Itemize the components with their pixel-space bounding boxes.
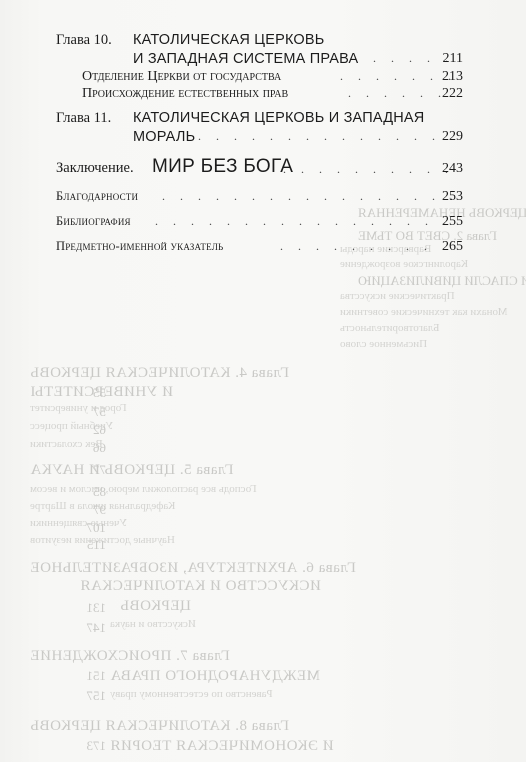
page-number: 253 xyxy=(442,189,463,205)
ghost-page: 115 xyxy=(87,537,106,553)
conclusion-prefix: Заключение. xyxy=(56,160,134,177)
ghost-page: 157 xyxy=(87,688,107,704)
page-number: 222 xyxy=(442,86,463,102)
ghost-line: Каролингское возрождение xyxy=(340,258,468,270)
entry-title: Предметно-именной указатель xyxy=(56,239,223,254)
ghost-line: И ЭКОНОМИЧЕСКАЯ ТЕОРИЯ xyxy=(110,738,334,755)
chapter-title: И ЗАПАДНАЯ СИСТЕМА ПРАВА xyxy=(133,51,358,67)
chapter-title: КАТОЛИЧЕСКАЯ ЦЕРКОВЬ И ЗАПАДНАЯ xyxy=(133,110,424,126)
ghost-page: 107 xyxy=(87,520,107,536)
ghost-line: Научные достижения иезуитов xyxy=(30,534,175,546)
ghost-page: 147 xyxy=(87,620,107,636)
chapter-title: МОРАЛЬ xyxy=(133,129,195,145)
ghost-line: Кафедральная школа в Шартре xyxy=(30,500,175,512)
ghost-page: 77 xyxy=(93,462,106,478)
ghost-line: Равенство по естественному праву xyxy=(110,688,273,700)
page-number: 255 xyxy=(442,214,463,230)
ghost-page: 55 xyxy=(93,385,106,401)
ghost-page: 131 xyxy=(87,600,107,616)
toc-entry-chapter-10[interactable]: Глава 10. КАТОЛИЧЕСКАЯ ЦЕРКОВЬ xyxy=(0,32,526,52)
entry-title: Библиография xyxy=(56,214,131,229)
book-page: Глава 1. ЦЕРКОВЬ НЕНАМЕРЕННАЯ Глава 2. С… xyxy=(0,0,526,762)
ghost-page: 62 xyxy=(93,422,106,438)
chapter-prefix: Глава 11. xyxy=(56,110,111,127)
leader-dots: . . . . . . . . . . . . . . . xyxy=(283,162,455,177)
leader-dots: . . . . . . . xyxy=(373,51,453,66)
leader-dots: . . . . . . . . . . . . . . . . . . . . … xyxy=(155,214,455,229)
section-title: Отделение Церкви от государства xyxy=(82,69,281,85)
ghost-line: Господь все расположил мерою, числом и в… xyxy=(30,483,257,495)
leader-dots: . . . . . . . . . . . . . . . . . . . . xyxy=(198,129,448,144)
entry-title: Благодарности xyxy=(56,189,138,204)
toc-entry-conclusion[interactable]: Заключение. МИР БЕЗ БОГА . . . . . . . .… xyxy=(0,156,526,182)
ghost-line: Глава 7. ПРОИСХОЖДЕНИЕ xyxy=(30,648,230,665)
ghost-line: ЦЕРКОВЬ xyxy=(120,598,191,615)
toc-entry-chapter-10-cont[interactable]: И ЗАПАДНАЯ СИСТЕМА ПРАВА . . . . . . . 2… xyxy=(0,51,526,71)
leader-dots: . . . . . . . . . . . . . . . . . . . . … xyxy=(162,189,452,204)
ghost-line: Искусство и наука xyxy=(110,618,196,630)
page-number: 229 xyxy=(442,129,463,145)
ghost-page: 173 xyxy=(87,738,107,754)
ghost-line: Практические искусства xyxy=(340,290,455,302)
ghost-line: Монахи как технические советники xyxy=(340,306,508,318)
page-number: 265 xyxy=(442,239,463,255)
leader-dots: . . . . . . . . . . xyxy=(340,69,456,84)
ghost-line: Глава 6. АРХИТЕКТУРА, ИЗОБРАЗИТЕЛЬНОЕ xyxy=(30,560,356,577)
toc-entry-chapter-11-cont[interactable]: МОРАЛЬ . . . . . . . . . . . . . . . . .… xyxy=(0,129,526,149)
toc-entry-index[interactable]: Предметно-именной указатель . . . . . . … xyxy=(0,239,526,259)
toc-entry-chapter-11[interactable]: Глава 11. КАТОЛИЧЕСКАЯ ЦЕРКОВЬ И ЗАПАДНА… xyxy=(0,110,526,130)
page-number: 213 xyxy=(442,69,463,85)
ghost-page: 97 xyxy=(93,502,106,518)
ghost-line: Век схоластики xyxy=(30,438,103,450)
toc-entry-section[interactable]: Происхождение естественных прав . . . . … xyxy=(0,86,526,106)
ghost-line: Глава 4. КАТОЛИЧЕСКАЯ ЦЕРКОВЬ xyxy=(30,365,289,382)
ghost-page: 151 xyxy=(87,668,107,684)
ghost-line: Учебный процесс xyxy=(30,420,113,432)
ghost-page: 66 xyxy=(93,440,106,456)
leader-dots: . . . . . . . . . . xyxy=(348,86,456,101)
section-title: Происхождение естественных прав xyxy=(82,86,288,102)
page-number: 211 xyxy=(443,51,463,67)
ghost-line: МЕЖДУНАРОДНОГО ПРАВА xyxy=(110,668,320,685)
conclusion-title: МИР БЕЗ БОГА xyxy=(152,156,293,178)
ghost-page: 85 xyxy=(93,484,106,500)
ghost-line: Благотворительность xyxy=(340,322,440,334)
leader-dots: . . . . . . . . . . . . . . xyxy=(280,239,450,254)
toc-entry-bibliography[interactable]: Библиография . . . . . . . . . . . . . .… xyxy=(0,214,526,234)
ghost-line: Ученые-священники xyxy=(30,517,127,529)
ghost-line: Город и университет xyxy=(30,402,127,414)
page-number: 243 xyxy=(442,161,463,177)
ghost-line: Глава 3. КАК МОНАХИ СПАСЛИ ЦИВИЛИЗАЦИЮ xyxy=(358,273,526,289)
chapter-prefix: Глава 10. xyxy=(56,32,112,49)
ghost-line: Письменное слово xyxy=(340,338,427,350)
ghost-line: И УНИВЕРСИТЕТЫ xyxy=(30,384,173,401)
ghost-line: Глава 5. ЦЕРКОВЬ И НАУКА xyxy=(30,462,234,479)
ghost-line: ИСКУССТВО И КАТОЛИЧЕСКАЯ xyxy=(80,578,321,595)
ghost-line: Глава 8. КАТОЛИЧЕСКАЯ ЦЕРКОВЬ xyxy=(30,718,289,735)
toc-entry-acknowledgments[interactable]: Благодарности . . . . . . . . . . . . . … xyxy=(0,189,526,209)
ghost-page: 57 xyxy=(93,404,106,420)
chapter-title: КАТОЛИЧЕСКАЯ ЦЕРКОВЬ xyxy=(133,32,325,48)
